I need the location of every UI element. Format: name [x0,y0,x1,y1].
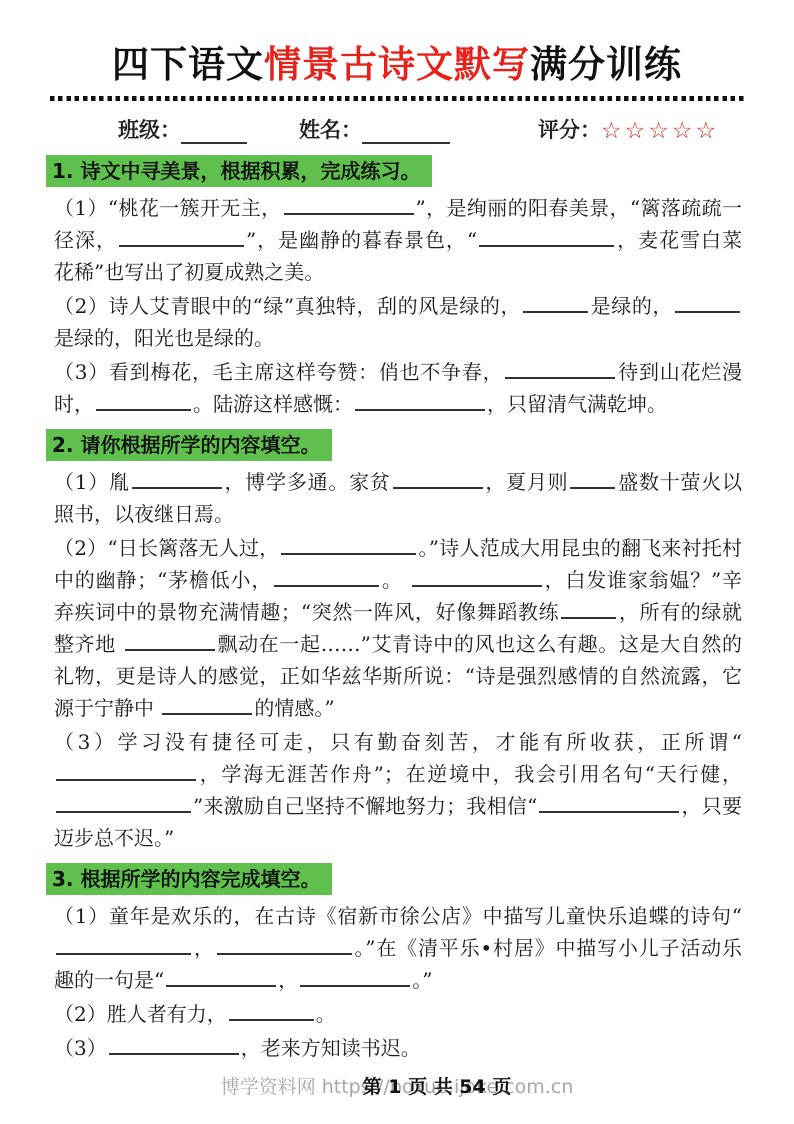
answer-blank[interactable] [539,792,679,813]
question-text: ”来激励自己坚持不懈地努力；我相信“ [193,794,537,818]
question-text: ，学海无涯苦作舟”；在逆境中，我会引用名句“天行健， [198,762,742,786]
name-blank[interactable] [362,120,450,144]
question-text: ”，是幽静的暮春景色，“ [246,228,477,252]
question-item: （2）诗人艾青眼中的“绿”真独特，刮的风是绿的，是绿的，是绿的，阳光也是绿的。 [54,290,742,354]
score-label: 评分： [538,114,601,144]
question-text: 是绿的，阳光也是绿的。 [54,326,274,350]
question-text: 。 [316,1002,336,1026]
section-heading: 3. 根据所学的内容完成填空。 [46,863,332,895]
answer-blank[interactable] [561,598,616,619]
answer-blank[interactable] [675,292,740,313]
question-text: ，只留清气满乾坤。 [487,392,667,416]
answer-blank[interactable] [412,566,542,587]
question-item: （3）看到梅花，毛主席这样夸赞：俏也不争春，待到山花烂漫时，。陆游这样感慨：，只… [54,356,742,420]
question-item: （1）童年是欢乐的，在古诗《宿新市徐公店》中描写儿童快乐追蝶的诗句“，。”在《清… [54,900,742,996]
page-number: 第 1 页 共 54 页 [363,1072,512,1099]
answer-blank[interactable] [56,792,191,813]
answer-blank[interactable] [284,194,414,215]
answer-blank[interactable] [570,468,615,489]
answer-blank[interactable] [355,390,485,411]
class-label: 班级： [118,114,181,144]
answer-blank[interactable] [125,630,215,651]
question-item: （1）“桃花一簇开无主，”，是绚丽的阳春美景，“篱落疏疏一径深，”，是幽静的暮春… [54,192,742,288]
rating-stars-icon: ☆☆☆☆☆ [601,118,719,144]
question-text: （2）胜人者有力， [54,1002,227,1026]
question-text: （3）看到梅花，毛主席这样夸赞：俏也不争春， [54,360,503,384]
section-heading: 2. 请你根据所学的内容填空。 [46,429,332,461]
answer-blank[interactable] [96,390,191,411]
class-group: 班级： [118,114,247,144]
section-heading: 1. 诗文中寻美景，根据积累，完成练习。 [46,155,432,187]
answer-blank[interactable] [119,226,244,247]
answer-blank[interactable] [56,760,196,781]
question-item: （2）“日长篱落无人过，。”诗人范成大用昆虫的翻飞来衬托村中的幽静；“茅檐低小，… [54,532,742,724]
answer-blank[interactable] [523,292,588,313]
answer-blank[interactable] [109,1034,239,1055]
answer-blank[interactable] [229,1000,314,1021]
question-item: （3），老来方知读书迟。 [54,1032,742,1064]
worksheet-page: 四下语文情景古诗文默写满分训练 班级： 姓名： 评分： ☆☆☆☆☆ 1. 诗文中… [0,0,794,1124]
question-text: （1）胤 [54,470,130,494]
worksheet-content: 1. 诗文中寻美景，根据积累，完成练习。（1）“桃花一簇开无主，”，是绚丽的阳春… [0,144,794,1064]
score-group: 评分： ☆☆☆☆☆ [538,114,719,144]
answer-blank[interactable] [132,468,222,489]
answer-blank[interactable] [166,966,276,987]
question-item: （1）胤，博学多通。家贫，夏月则盛数十萤火以照书，以夜继日焉。 [54,466,742,530]
question-text: （2）诗人艾青眼中的“绿”真独特，刮的风是绿的， [54,294,521,318]
question-text: 。” [412,968,432,992]
student-info-row: 班级： 姓名： 评分： ☆☆☆☆☆ [118,114,794,144]
question-text: （3）学习没有捷径可走，只有勤奋刻苦，才能有所收获，正所谓“ [54,730,742,754]
question-text: （3） [54,1036,107,1060]
question-text: ，老来方知读书迟。 [241,1036,421,1060]
answer-blank[interactable] [393,468,483,489]
question-text: ， [278,968,298,992]
question-item: （2）胜人者有力，。 [54,998,742,1030]
answer-blank[interactable] [274,566,379,587]
title-part-highlight: 情景古诗文默写 [264,43,530,86]
class-blank[interactable] [181,120,247,144]
question-text: （1）“桃花一簇开无主， [54,196,282,220]
title-part-suffix: 满分训练 [530,43,682,86]
question-text: ，博学多通。家贫 [224,470,391,494]
name-label: 姓名： [299,114,362,144]
question-text: 的情感。” [254,696,334,720]
answer-blank[interactable] [217,934,352,955]
question-text: 。陆游这样感慨： [193,392,353,416]
page-title: 四下语文情景古诗文默写满分训练 [0,0,794,87]
question-text: ，夏月则 [485,470,569,494]
answer-blank[interactable] [479,226,614,247]
name-group: 姓名： [299,114,450,144]
answer-blank[interactable] [56,934,191,955]
answer-blank[interactable] [505,358,615,379]
answer-blank[interactable] [162,694,252,715]
answer-blank[interactable] [281,534,416,555]
question-item: （3）学习没有捷径可走，只有勤奋刻苦，才能有所收获，正所谓“，学海无涯苦作舟”；… [54,726,742,854]
page-footer: 博学资料网 https://boxue.ijoke.com.cn 第 1 页 共… [0,1072,794,1098]
question-text: （2）“日长篱落无人过， [54,536,279,560]
question-text: （1）童年是欢乐的，在古诗《宿新市徐公店》中描写儿童快乐追蝶的诗句“ [54,904,742,928]
question-text: 是绿的， [590,294,673,318]
question-text: 。 [381,568,410,592]
question-text: ， [193,936,215,960]
answer-blank[interactable] [300,966,410,987]
title-part-grade: 四下语文 [112,43,264,86]
dotted-divider [50,96,744,101]
